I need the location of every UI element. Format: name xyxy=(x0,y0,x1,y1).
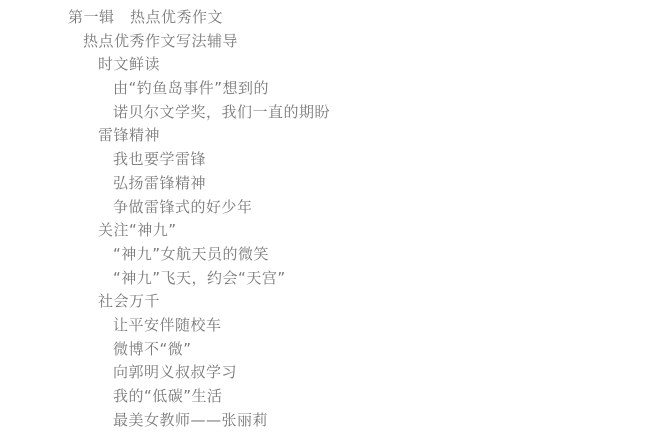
toc-line: 微博不“微” xyxy=(0,338,650,362)
toc-line: 我也要学雷锋 xyxy=(0,148,650,172)
toc-line: 时文鲜读 xyxy=(0,53,650,77)
toc-line: 关注“神九” xyxy=(0,219,650,243)
toc-line: 弘扬雷锋精神 xyxy=(0,172,650,196)
toc-line: 由“钓鱼岛事件”想到的 xyxy=(0,77,650,101)
toc-line: 社会万千 xyxy=(0,290,650,314)
toc-line: 雷锋精神 xyxy=(0,124,650,148)
toc-line: 让平安伴随校车 xyxy=(0,314,650,338)
toc-page: 第一辑 热点优秀作文热点优秀作文写法辅导时文鲜读由“钓鱼岛事件”想到的诺贝尔文学… xyxy=(0,0,650,433)
toc-line: “神九”女航天员的微笑 xyxy=(0,243,650,267)
toc-line: 热点优秀作文写法辅导 xyxy=(0,30,650,54)
toc-line: 向郭明义叔叔学习 xyxy=(0,361,650,385)
toc-line: 诺贝尔文学奖，我们一直的期盼 xyxy=(0,101,650,125)
toc-line: 最美女教师——张丽莉 xyxy=(0,409,650,433)
toc-list: 第一辑 热点优秀作文热点优秀作文写法辅导时文鲜读由“钓鱼岛事件”想到的诺贝尔文学… xyxy=(0,6,650,432)
toc-line: 我的“低碳”生活 xyxy=(0,385,650,409)
toc-line: 第一辑 热点优秀作文 xyxy=(0,6,650,30)
toc-line: 争做雷锋式的好少年 xyxy=(0,196,650,220)
toc-line: “神九”飞天，约会“天宫” xyxy=(0,267,650,291)
